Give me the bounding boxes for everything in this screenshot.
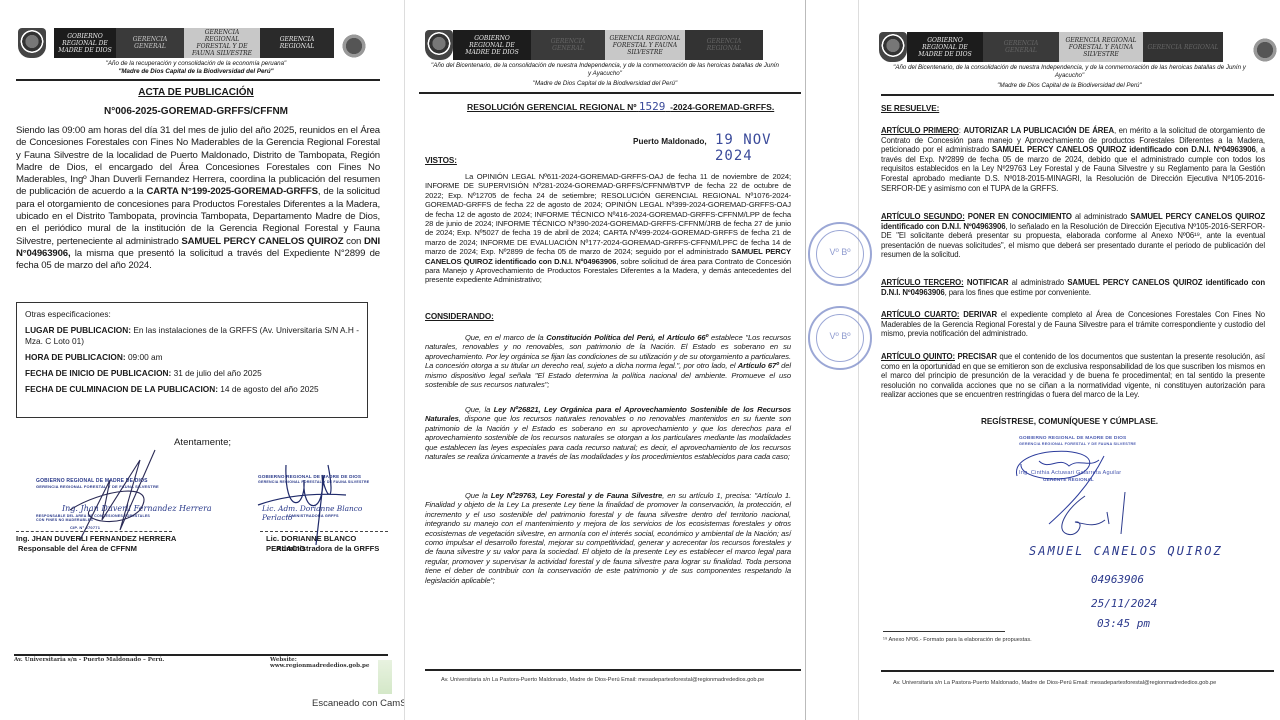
acta-body: Siendo las 09:00 am horas del día 31 del… <box>16 125 380 273</box>
specs-heading: Otras especificaciones: <box>25 309 359 320</box>
vobo-seal-concesiones: Vº Bº <box>808 306 872 370</box>
administrado-signature-icon <box>1045 490 1145 540</box>
signer2-stamp-name: Lic. Adm. Dorianne Blanco Perlacio <box>262 504 392 522</box>
year-motto: "Año del Bicentenario, de la consolidaci… <box>405 62 805 78</box>
peru-coat-of-arms-icon <box>879 32 907 62</box>
band-cell-grffs: GERENCIA REGIONAL FORESTAL Y DE FAUNA SI… <box>184 28 260 58</box>
band-cell-gerencia-regional: GERENCIA REGIONAL <box>685 30 763 60</box>
acta-number: N°006-2025-GOREMAD-GRFFS/CFFNM <box>0 106 392 117</box>
madre-de-dios-emblem-icon <box>340 28 368 58</box>
band-cell-gobierno: GOBIERNO REGIONAL DE MADRE DE DIOS <box>907 32 983 62</box>
madre-de-dios-emblem-icon <box>1251 32 1279 62</box>
band-cell-gerencia-general: GERENCIA GENERAL <box>531 30 605 60</box>
gerente-stamp-sub: GERENCIA REGIONAL FORESTAL Y DE FAUNA SI… <box>1019 442 1136 446</box>
handwritten-dni: 04963906 <box>1091 573 1144 586</box>
header-band: GOBIERNO REGIONAL DE MADRE DE DIOS GEREN… <box>907 32 1223 62</box>
considerando-1: Que, en el marco de la Constitución Polí… <box>425 333 791 389</box>
signer2-role: Administradora de la GRFFS <box>276 544 379 554</box>
spec-fecha-inicio: FECHA DE INICIO DE PUBLICACION: 31 de ju… <box>25 368 359 379</box>
spec-fecha-culminacion: FECHA DE CULMINACION DE LA PUBLICACION: … <box>25 384 359 395</box>
header-rule <box>419 92 801 94</box>
resolucion-page-1: GOBIERNO REGIONAL DE MADRE DE DIOS GEREN… <box>404 0 806 720</box>
biodiversity-motto: "Madre de Dios Capital de la Biodiversid… <box>859 82 1280 90</box>
acta-publicacion-page: GOBIERNO REGIONAL DE MADRE DE DIOS GEREN… <box>0 0 392 720</box>
biodiversity-motto: "Madre de Dios Capital de la Biodiversid… <box>0 68 392 76</box>
band-cell-grffs: GERENCIA REGIONAL FORESTAL Y FAUNA SILVE… <box>605 30 685 60</box>
considerando-2: Que, la Ley Nº26821, Ley Orgánica para e… <box>425 405 791 461</box>
peru-coat-of-arms-icon <box>425 30 453 60</box>
handwritten-time: 03:45 pm <box>1097 617 1150 630</box>
footnote-rule <box>883 631 1005 632</box>
signer1-name: Ing. JHAN DUVERLI FERNANDEZ HERRERA <box>16 534 176 544</box>
signer2-stamp-org: GOBIERNO REGIONAL DE MADRE DE DIOS <box>258 474 361 479</box>
se-resuelve-heading: SE RESUELVE: <box>881 104 1265 114</box>
signer2-stamp-sub: GERENCIA REGIONAL FORESTAL Y DE FAUNA SI… <box>258 480 369 484</box>
band-cell-grffs: GERENCIA REGIONAL FORESTAL Y FAUNA SILVE… <box>1059 32 1143 62</box>
vistos-heading: VISTOS: <box>425 156 791 165</box>
signer2-stamp-role: ADMINISTRADORA GRFFS <box>286 514 339 518</box>
considerando-heading: CONSIDERANDO: <box>425 312 791 321</box>
band-cell-gobierno: GOBIERNO REGIONAL DE MADRE DE DIOS <box>453 30 531 60</box>
footer-rule <box>14 654 388 656</box>
articulo-quinto: ARTÍCULO QUINTO: PRECISAR que el conteni… <box>881 352 1265 400</box>
resolucion-footer: Av. Universitaria s/n La Pastora-Puerto … <box>441 677 764 683</box>
handwritten-name: SAMUEL CANELOS QUIROZ <box>1029 544 1223 558</box>
year-motto: "Año de la recuperación y consolidación … <box>0 60 392 68</box>
footnote: ¹⁹ Anexo Nº06.- Formato para la elaborac… <box>883 637 1032 643</box>
acta-footer-website: Website: www.regionmadrededios.gob.pe <box>270 657 392 669</box>
signer1-stamp-role: RESPONSABLE DEL AREA DE CONCESIONES FORE… <box>36 514 156 522</box>
articulo-primero: ARTÍCULO PRIMERO: AUTORIZAR LA PUBLICACI… <box>881 126 1265 193</box>
band-cell-gerencia-general: GERENCIA GENERAL <box>983 32 1059 62</box>
footer-rule <box>881 670 1274 672</box>
handwritten-date: 25/11/2024 <box>1091 597 1157 610</box>
considerando-3: Que la Ley Nº29763, Ley Forestal y de Fa… <box>425 491 791 585</box>
peru-coat-of-arms-icon <box>18 28 46 58</box>
closing-formula: REGÍSTRESE, COMUNÍQUESE Y CÚMPLASE. <box>859 417 1280 426</box>
footer-rule <box>425 669 801 671</box>
header-band: GOBIERNO REGIONAL DE MADRE DE DIOS GEREN… <box>453 30 763 60</box>
spec-lugar: LUGAR DE PUBLICACION: En las instalacion… <box>25 325 359 347</box>
gerente-stamp-name: Ing. Cinthia Actuwari Galarreta Aguilar <box>1019 470 1121 476</box>
vistos-body: La OPINIÓN LEGAL Nº611-2024-GOREMAD-GRFF… <box>425 172 791 285</box>
articulo-tercero: ARTÍCULO TERCERO: NOTIFICAR al administr… <box>881 278 1265 297</box>
gerente-stamp-org: GOBIERNO REGIONAL DE MADRE DE DIOS <box>1019 436 1126 441</box>
band-cell-gerencia-general: GERENCIA GENERAL <box>116 28 184 58</box>
scan-edge <box>378 660 392 694</box>
band-cell-gobierno: GOBIERNO REGIONAL DE MADRE DE DIOS <box>54 28 116 58</box>
specifications-box: Otras especificaciones: LUGAR DE PUBLICA… <box>16 302 368 418</box>
resolucion-page-2: GOBIERNO REGIONAL DE MADRE DE DIOS GEREN… <box>858 0 1280 720</box>
closing-salutation: Atentamente; <box>174 437 231 448</box>
biodiversity-motto: "Madre de Dios Capital de la Biodiversid… <box>405 80 805 88</box>
acta-footer-address: Av. Universitaria s/n - Puerto Maldonado… <box>14 657 164 663</box>
signer1-role: Responsable del Área de CFFNM <box>18 544 137 554</box>
resolucion-footer: Av. Universitaria s/n La Pastora-Puerto … <box>893 680 1216 686</box>
place-label: Puerto Maldonado, <box>633 137 707 146</box>
signer1-stamp-sub: GERENCIA REGIONAL FORESTAL Y DE FAUNA SI… <box>36 484 159 489</box>
gerente-stamp-role: GERENTE REGIONAL <box>1043 477 1094 482</box>
spec-hora: HORA DE PUBLICACION: 09:00 am <box>25 352 359 363</box>
band-cell-gerencia-regional: GERENCIA REGIONAL <box>260 28 334 58</box>
acta-title: ACTA DE PUBLICACIÓN <box>0 87 392 98</box>
header-rule <box>881 94 1274 96</box>
year-motto: "Año del Bicentenario, de la consolidaci… <box>859 64 1280 80</box>
header-rule <box>16 79 380 81</box>
resolucion-number: 1529 <box>639 100 666 113</box>
band-cell-gerencia-regional: GERENCIA REGIONAL <box>1143 32 1223 62</box>
vobo-seal-asesoria: Vº Bº <box>808 222 872 286</box>
signer1-line <box>16 531 172 532</box>
header-band: GOBIERNO REGIONAL DE MADRE DE DIOS GEREN… <box>54 28 334 58</box>
resolucion-title: RESOLUCIÓN GERENCIAL REGIONAL Nº 1529 -2… <box>467 100 774 113</box>
articulo-cuarto: ARTÍCULO CUARTO: DERIVAR el expediente c… <box>881 310 1265 339</box>
signer1-stamp-name: Ing. Jhan Duverli Fernandez Herrera <box>62 504 212 513</box>
signer1-stamp-cip: CIP. N° 270771 <box>70 525 100 530</box>
signer2-line <box>260 531 388 532</box>
articulo-segundo: ARTÍCULO SEGUNDO: PONER EN CONOCIMIENTO … <box>881 212 1265 260</box>
